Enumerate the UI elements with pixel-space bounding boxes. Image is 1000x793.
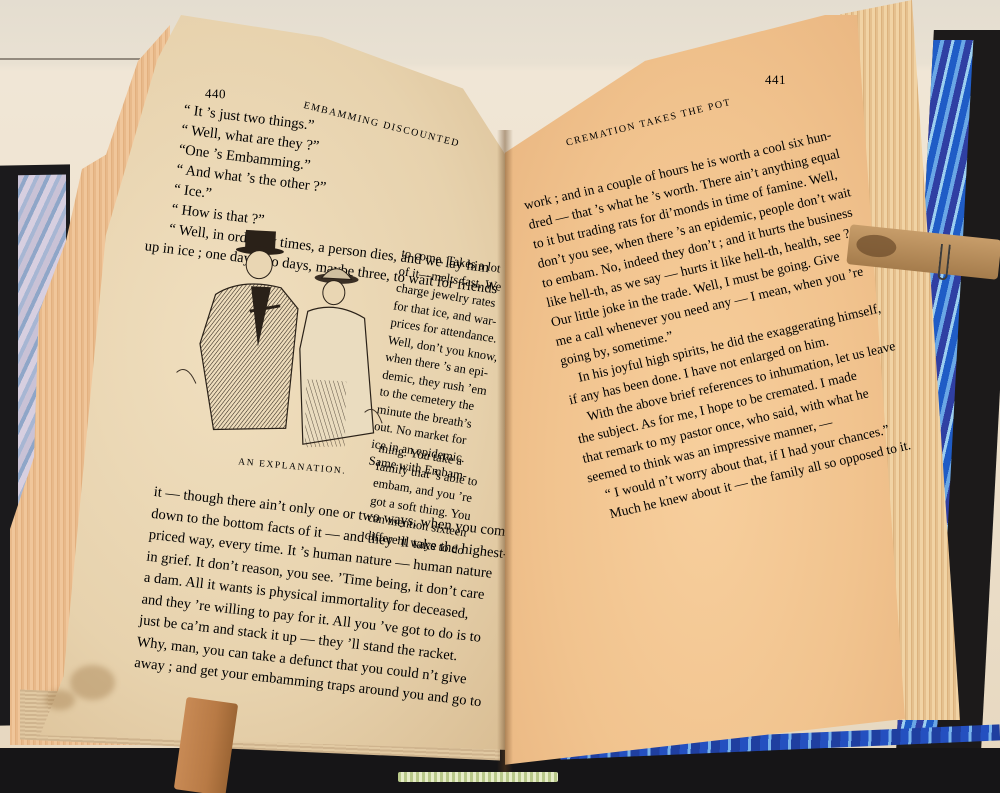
page-number-right: 441 — [765, 72, 786, 88]
clothespin-stain — [855, 233, 897, 259]
page-stain — [70, 665, 115, 700]
page-number-left: 440 — [205, 86, 227, 103]
left-page-bottom-text: it — though there ain’t only one or two … — [133, 482, 513, 715]
book-gutter — [497, 130, 513, 780]
page-stain — [45, 690, 75, 710]
wall-edge — [0, 58, 140, 60]
spine-headband — [398, 772, 558, 782]
engraving-illustration — [172, 223, 394, 469]
